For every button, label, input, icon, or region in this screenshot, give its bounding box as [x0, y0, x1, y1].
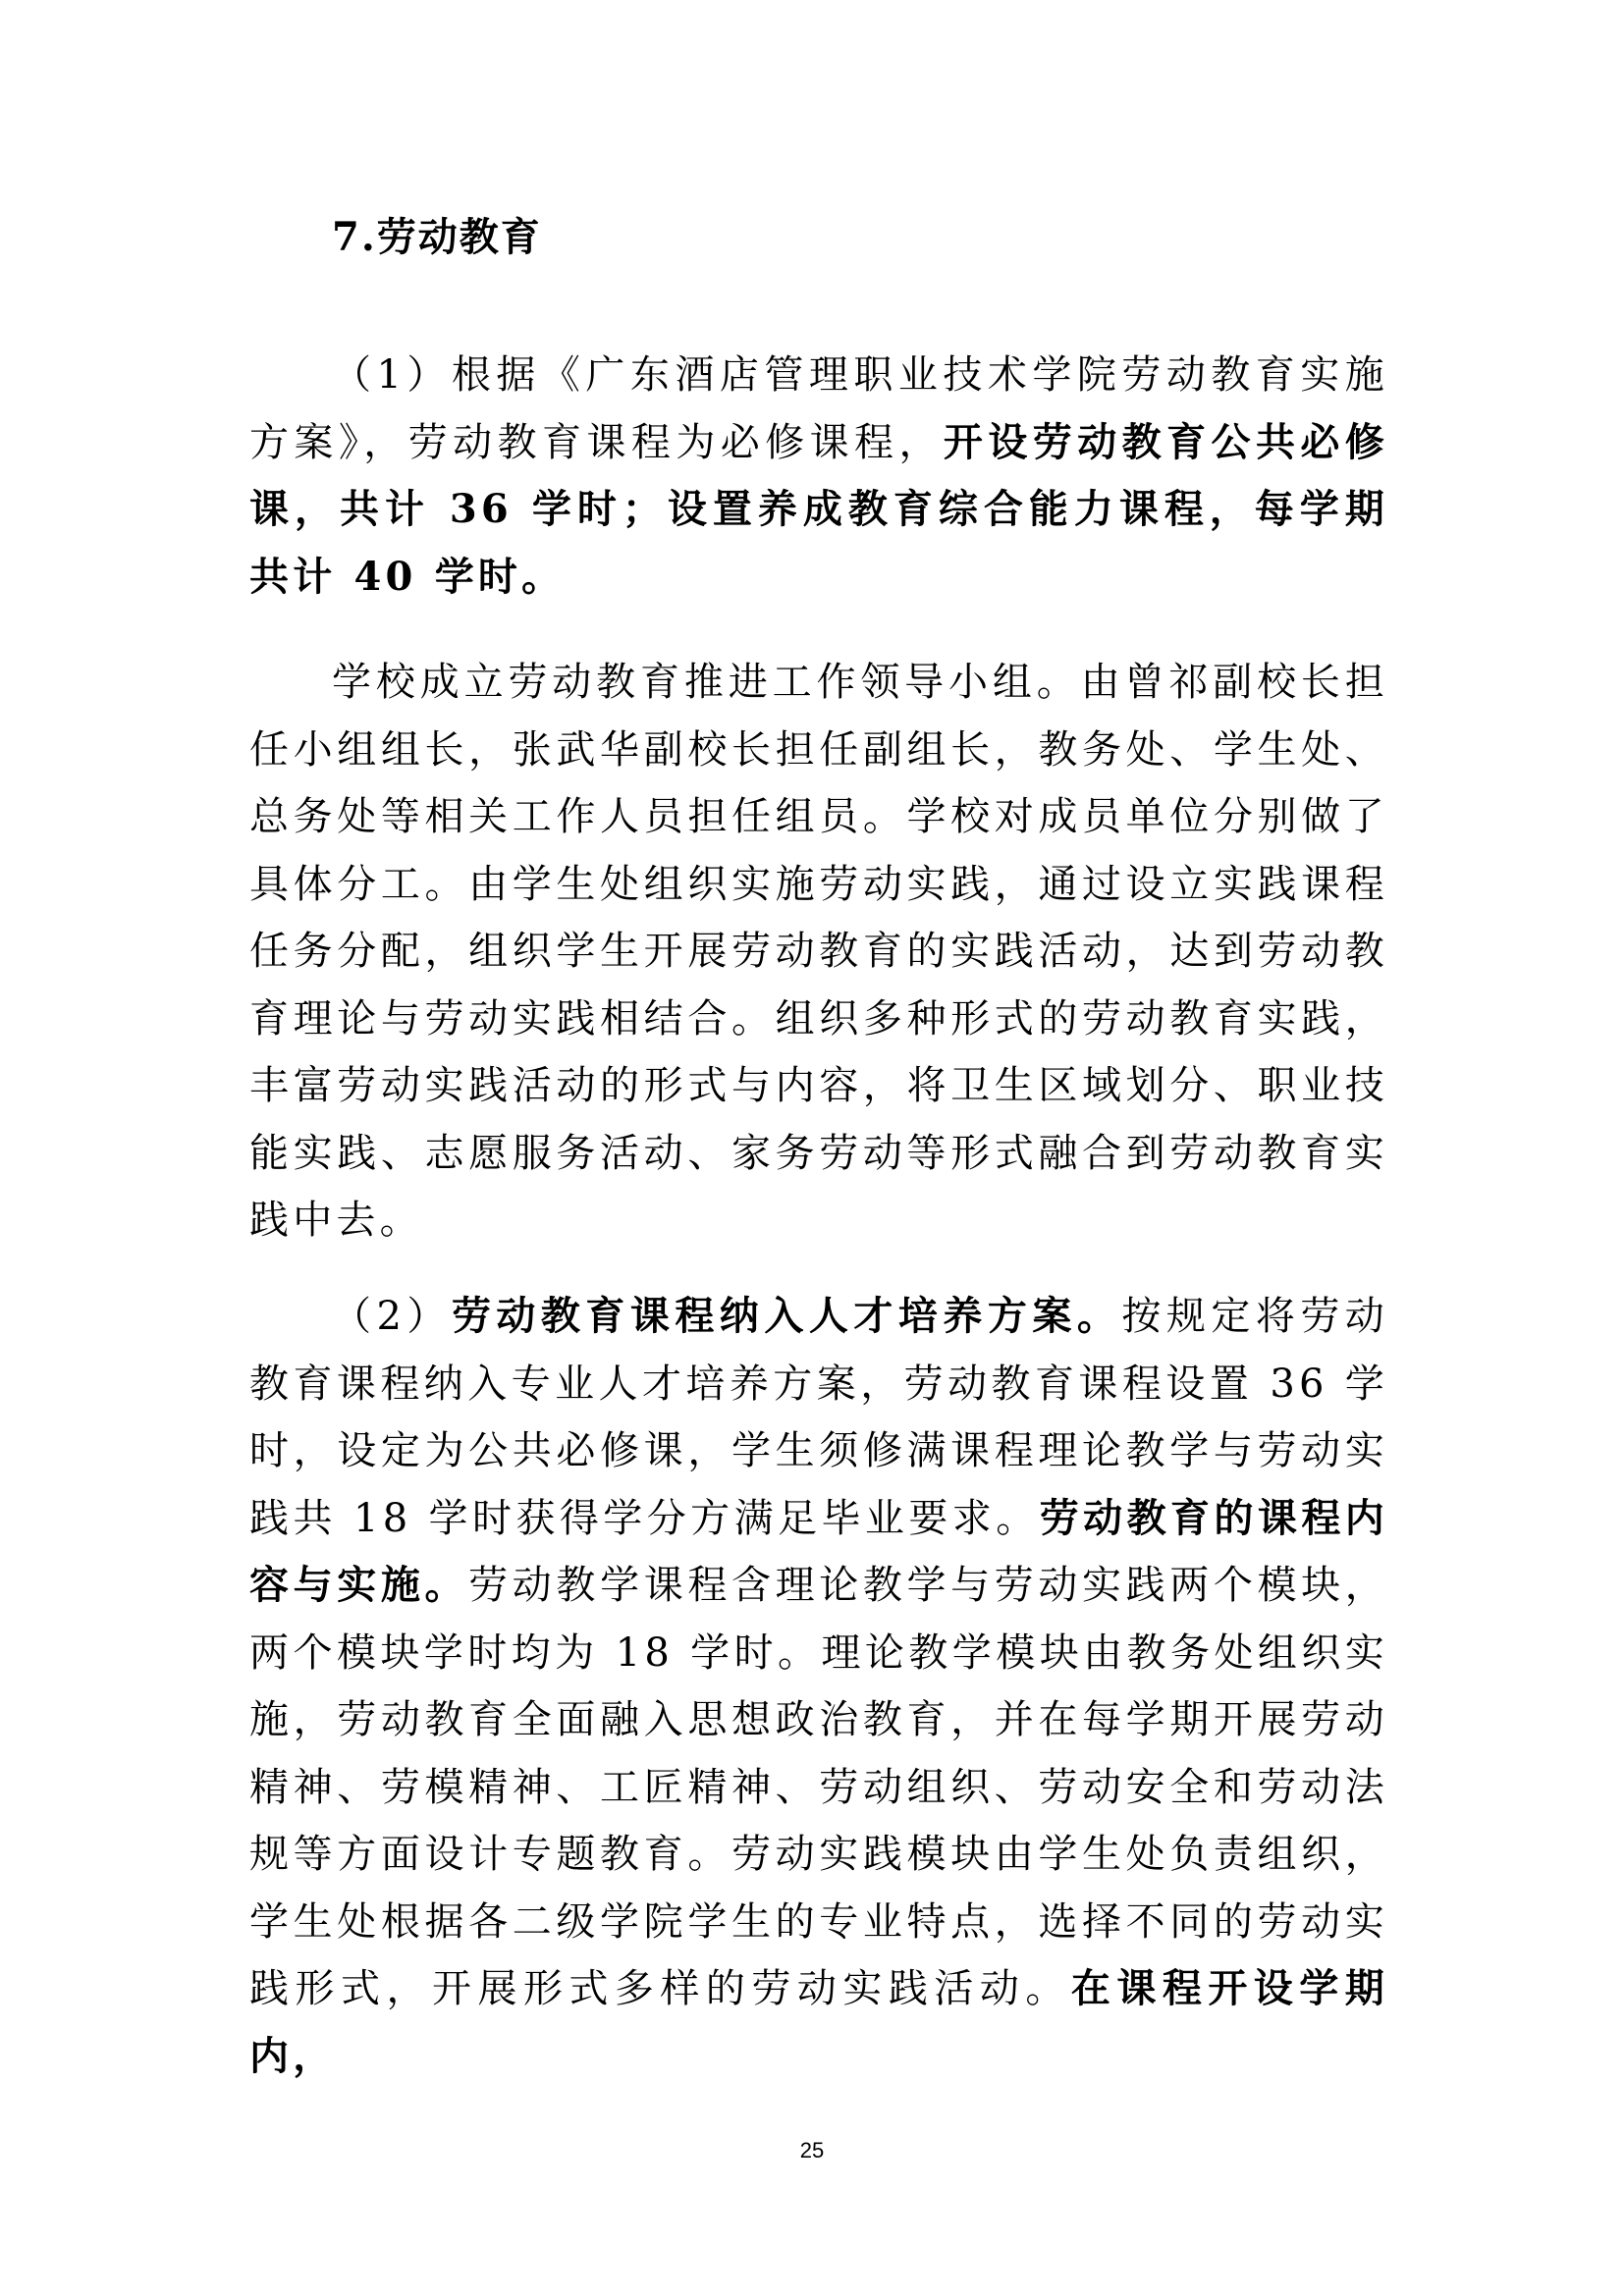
paragraph-2-text: 学校成立劳动教育推进工作领导小组。由曾祁副校长担任小组组长，张武华副校长担任副组…: [249, 660, 1388, 1243]
paragraph-2: 学校成立劳动教育推进工作领导小组。由曾祁副校长担任小组组长，张武华副校长担任副组…: [249, 649, 1388, 1255]
paragraph-3-number: （2）: [332, 1294, 452, 1339]
page-number: 25: [0, 2138, 1624, 2163]
paragraph-3-text-2: 劳动教学课程含理论教学与劳动实践两个模块，两个模块学时均为 18 学时。理论教学…: [249, 1563, 1388, 2011]
paragraph-3-bold-title-1: 劳动教育课程纳入人才培养方案。: [452, 1293, 1121, 1339]
paragraph-3: （2）劳动教育课程纳入人才培养方案。按规定将劳动教育课程纳入专业人才培养方案，劳…: [249, 1283, 1388, 2090]
paragraph-1: （1）根据《广东酒店管理职业技术学院劳动教育实施方案》，劳动教育课程为必修课程，…: [249, 342, 1388, 611]
section-heading: 7.劳动教育: [332, 210, 542, 265]
